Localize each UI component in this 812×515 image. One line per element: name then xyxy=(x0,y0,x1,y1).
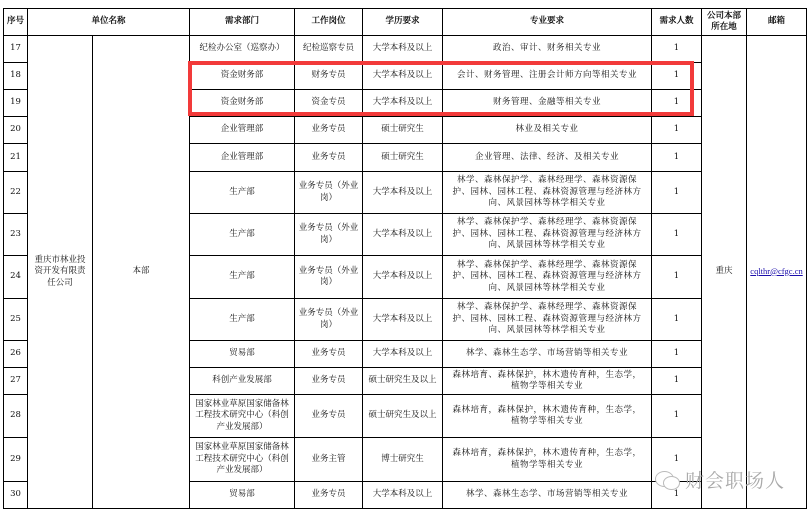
row-dept: 资金财务部 xyxy=(190,90,295,117)
row-major: 林学、森林生态学、市场营销等相关专业 xyxy=(443,341,652,368)
row-position: 业务专员 xyxy=(295,368,363,395)
row-dept: 企业管理部 xyxy=(190,144,295,172)
recruitment-table: 序号 单位名称 需求部门 工作岗位 学历要求 专业要求 需求人数 公司本部所在地… xyxy=(3,8,807,509)
header-dept: 需求部门 xyxy=(190,9,295,36)
header-hq: 公司本部所在地 xyxy=(702,9,747,36)
row-position: 业务专员（外业岗） xyxy=(295,172,363,214)
row-education: 硕士研究生及以上 xyxy=(363,395,443,438)
table-row: 17重庆市林业投资开发有限责任公司本部纪检办公室（巡察办）纪检巡察专员大学本科及… xyxy=(4,36,807,63)
row-education: 硕士研究生 xyxy=(363,117,443,144)
row-education: 大学本科及以上 xyxy=(363,63,443,90)
row-count: 1 xyxy=(652,395,702,438)
header-unit: 单位名称 xyxy=(28,9,190,36)
row-seq: 30 xyxy=(4,482,28,509)
row-major: 财务管理、金融等相关专业 xyxy=(443,90,652,117)
row-position: 业务专员 xyxy=(295,395,363,438)
row-dept: 科创产业发展部 xyxy=(190,368,295,395)
row-education: 大学本科及以上 xyxy=(363,90,443,117)
row-seq: 22 xyxy=(4,172,28,214)
row-major: 企业管理、法律、经济、及相关专业 xyxy=(443,144,652,172)
row-position: 业务主管 xyxy=(295,438,363,482)
row-position: 业务专员 xyxy=(295,482,363,509)
row-major: 森林培育，森林保护，林木遗传育种，生态学，植物学等相关专业 xyxy=(443,395,652,438)
wechat-icon xyxy=(655,469,681,491)
row-education: 大学本科及以上 xyxy=(363,214,443,256)
row-education: 大学本科及以上 xyxy=(363,482,443,509)
watermark-text: 财会职场人 xyxy=(685,466,785,493)
row-education: 博士研究生 xyxy=(363,438,443,482)
row-education: 硕士研究生及以上 xyxy=(363,368,443,395)
row-dept: 贸易部 xyxy=(190,341,295,368)
row-position: 业务专员 xyxy=(295,341,363,368)
row-education: 大学本科及以上 xyxy=(363,36,443,63)
row-position: 业务专员 xyxy=(295,144,363,172)
row-dept: 国家林业草原国家储备林工程技术研究中心（科创产业发展部） xyxy=(190,395,295,438)
company-name: 重庆市林业投资开发有限责任公司 xyxy=(28,36,93,509)
watermark: 财会职场人 xyxy=(655,466,785,493)
hq-location: 重庆 xyxy=(702,36,747,509)
row-count: 1 xyxy=(652,256,702,299)
header-position: 工作岗位 xyxy=(295,9,363,36)
row-seq: 29 xyxy=(4,438,28,482)
row-count: 1 xyxy=(652,117,702,144)
row-seq: 19 xyxy=(4,90,28,117)
email-cell: cqlthr@cfgc.cn xyxy=(747,36,807,509)
row-seq: 21 xyxy=(4,144,28,172)
header-education: 学历要求 xyxy=(363,9,443,36)
header-count: 需求人数 xyxy=(652,9,702,36)
row-count: 1 xyxy=(652,36,702,63)
row-position: 业务专员（外业岗） xyxy=(295,299,363,341)
row-seq: 18 xyxy=(4,63,28,90)
row-position: 资金专员 xyxy=(295,90,363,117)
row-count: 1 xyxy=(652,368,702,395)
row-seq: 20 xyxy=(4,117,28,144)
row-seq: 23 xyxy=(4,214,28,256)
row-seq: 26 xyxy=(4,341,28,368)
row-dept: 资金财务部 xyxy=(190,63,295,90)
row-dept: 国家林业草原国家储备林工程技术研究中心（科创产业发展部） xyxy=(190,438,295,482)
row-major: 林学、森林保护学、森林经理学、森林资源保护、园林、园林工程、森林资源管理与经济林… xyxy=(443,214,652,256)
row-education: 大学本科及以上 xyxy=(363,299,443,341)
row-count: 1 xyxy=(652,90,702,117)
row-major: 林业及相关专业 xyxy=(443,117,652,144)
header-major: 专业要求 xyxy=(443,9,652,36)
row-dept: 企业管理部 xyxy=(190,117,295,144)
email-link[interactable]: cqlthr@cfgc.cn xyxy=(750,266,802,276)
row-major: 会计、财务管理、注册会计师方向等相关专业 xyxy=(443,63,652,90)
row-dept: 生产部 xyxy=(190,172,295,214)
row-education: 大学本科及以上 xyxy=(363,256,443,299)
row-position: 纪检巡察专员 xyxy=(295,36,363,63)
row-dept: 纪检办公室（巡察办） xyxy=(190,36,295,63)
row-major: 林学、森林保护学、森林经理学、森林资源保护、园林、园林工程、森林资源管理与经济林… xyxy=(443,172,652,214)
row-count: 1 xyxy=(652,341,702,368)
row-education: 硕士研究生 xyxy=(363,144,443,172)
row-seq: 25 xyxy=(4,299,28,341)
row-major: 森林培育，森林保护，林木遗传育种，生态学，植物学等相关专业 xyxy=(443,438,652,482)
row-education: 大学本科及以上 xyxy=(363,172,443,214)
row-major: 森林培育、森林保护，林木遗传育种，生态学，植物学等相关专业 xyxy=(443,368,652,395)
row-major: 林学、森林生态学、市场营销等相关专业 xyxy=(443,482,652,509)
row-position: 业务专员 xyxy=(295,117,363,144)
row-count: 1 xyxy=(652,63,702,90)
row-dept: 生产部 xyxy=(190,214,295,256)
row-education: 大学本科及以上 xyxy=(363,341,443,368)
header-email: 邮箱 xyxy=(747,9,807,36)
row-seq: 24 xyxy=(4,256,28,299)
row-count: 1 xyxy=(652,172,702,214)
row-major: 林学、森林保护学、森林经理学、森林资源保护、园林、园林工程、森林资源管理与经济林… xyxy=(443,256,652,299)
row-count: 1 xyxy=(652,299,702,341)
row-major: 林学、森林保护学、森林经理学、森林资源保护、园林、园林工程、森林资源管理与经济林… xyxy=(443,299,652,341)
row-dept: 生产部 xyxy=(190,256,295,299)
table-header-row: 序号 单位名称 需求部门 工作岗位 学历要求 专业要求 需求人数 公司本部所在地… xyxy=(4,9,807,36)
table-body: 17重庆市林业投资开发有限责任公司本部纪检办公室（巡察办）纪检巡察专员大学本科及… xyxy=(4,36,807,509)
row-dept: 贸易部 xyxy=(190,482,295,509)
row-seq: 17 xyxy=(4,36,28,63)
row-position: 业务专员（外业岗） xyxy=(295,256,363,299)
row-count: 1 xyxy=(652,144,702,172)
row-count: 1 xyxy=(652,214,702,256)
row-major: 政治、审计、财务相关专业 xyxy=(443,36,652,63)
header-seq: 序号 xyxy=(4,9,28,36)
row-dept: 生产部 xyxy=(190,299,295,341)
unit-sub: 本部 xyxy=(93,36,190,509)
row-seq: 27 xyxy=(4,368,28,395)
row-seq: 28 xyxy=(4,395,28,438)
row-position: 业务专员（外业岗） xyxy=(295,214,363,256)
row-position: 财务专员 xyxy=(295,63,363,90)
